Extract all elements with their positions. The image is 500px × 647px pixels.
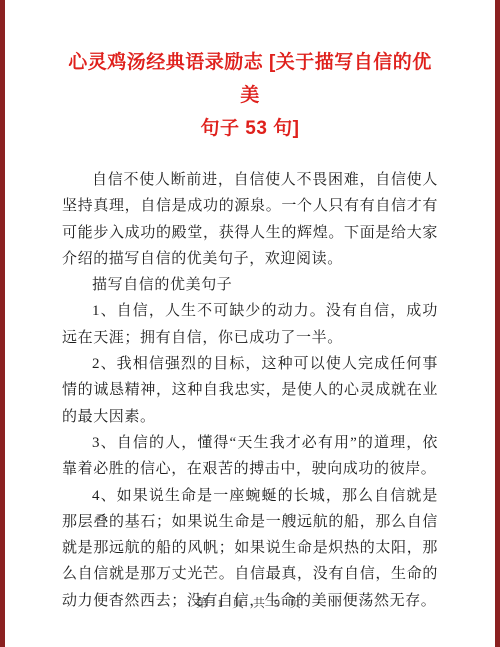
document-page: 心灵鸡汤经典语录励志 [关于描写自信的优美 句子 53 句] 自信不使人断前进，…	[0, 0, 500, 647]
title-line-2: 句子 53 句]	[62, 112, 438, 145]
left-edge-border	[0, 0, 5, 647]
intro-paragraph: 自信不使人断前进，自信使人不畏困难，自信使人坚持真理，自信是成功的源泉。一个人只…	[62, 167, 438, 272]
quote-item-1: 1、自信，人生不可缺少的动力。没有自信，成功远在天涯；拥有自信，你已成功了一半。	[62, 298, 438, 351]
quote-item-3: 3、自信的人，懂得“天生我才必有用”的道理，依靠着必胜的信心，在艰苦的搏击中，驶…	[62, 430, 438, 483]
section-heading: 描写自信的优美句子	[62, 272, 438, 298]
page-number-footer: 第 1 页 共 9 页	[0, 594, 500, 611]
right-edge-border	[495, 0, 500, 647]
document-body: 心灵鸡汤经典语录励志 [关于描写自信的优美 句子 53 句] 自信不使人断前进，…	[62, 0, 438, 614]
quote-item-2: 2、我相信强烈的目标，这种可以使人完成任何事情的诚恳精神，这种自我忠实，是使人的…	[62, 351, 438, 430]
title-line-1: 心灵鸡汤经典语录励志 [关于描写自信的优美	[62, 46, 438, 112]
document-title: 心灵鸡汤经典语录励志 [关于描写自信的优美 句子 53 句]	[62, 46, 438, 145]
